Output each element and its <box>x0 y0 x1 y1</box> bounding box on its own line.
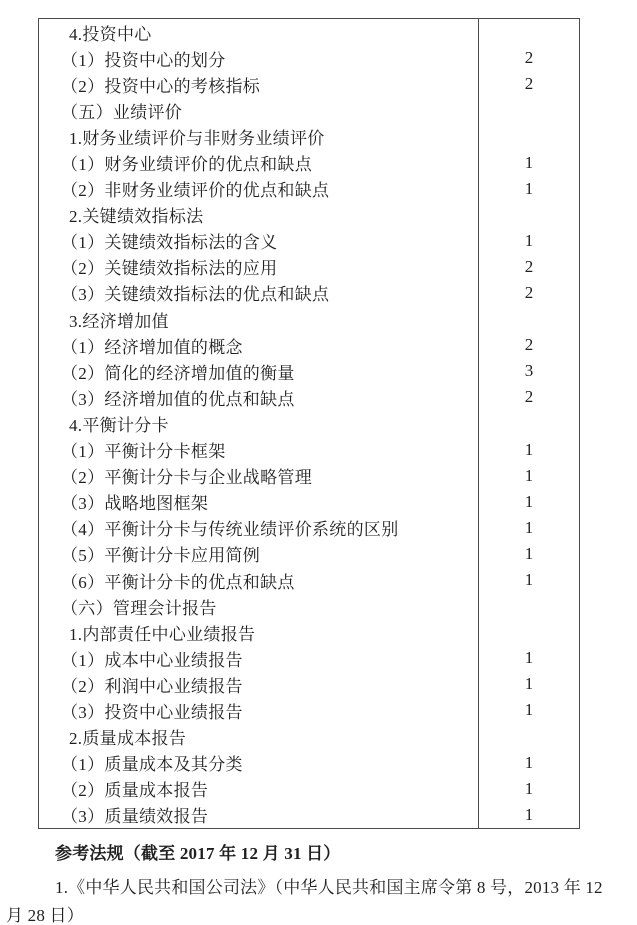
table-row: （2）非财务业绩评价的优点和缺点1 <box>39 176 579 202</box>
toc-item-page: 1 <box>479 700 579 720</box>
toc-item-page: 2 <box>479 387 579 407</box>
table-row: （3）战略地图框架1 <box>39 489 579 515</box>
toc-item-page: 1 <box>479 466 579 486</box>
table-row: （1）经济增加值的概念2 <box>39 332 579 358</box>
toc-item-title: （3）关键绩效指标法的优点和缺点 <box>39 280 479 306</box>
toc-item-title: （2）平衡计分卡与企业战略管理 <box>39 463 479 489</box>
toc-item-page: 1 <box>479 779 579 799</box>
toc-item-page: 1 <box>479 570 579 590</box>
table-row: （六）管理会计报告 <box>39 593 579 619</box>
reference-item: 1.《中华人民共和国公司法》（中华人民共和国主席令第 8 号，2013 年 12… <box>6 874 631 925</box>
table-row: （1）平衡计分卡框架1 <box>39 437 579 463</box>
toc-item-title: （1）投资中心的划分 <box>39 45 479 71</box>
table-row: （2）质量成本报告1 <box>39 776 579 802</box>
toc-item-title: （3）投资中心业绩报告 <box>39 697 479 723</box>
toc-item-page: 1 <box>479 753 579 773</box>
toc-item-title: （4）平衡计分卡与传统业绩评价系统的区别 <box>39 515 479 541</box>
toc-item-page: 1 <box>479 179 579 199</box>
toc-item-title: （6）平衡计分卡的优点和缺点 <box>39 567 479 593</box>
table-row: （2）利润中心业绩报告1 <box>39 671 579 697</box>
toc-item-page: 1 <box>479 674 579 694</box>
toc-item-page: 2 <box>479 257 579 277</box>
table-row: （2）简化的经济增加值的衡量3 <box>39 358 579 384</box>
toc-item-title: （3）质量绩效报告 <box>39 802 479 828</box>
reference-item-line2: 月 28 日） <box>6 902 631 925</box>
table-row: （1）关键绩效指标法的含义1 <box>39 228 579 254</box>
toc-item-title: （1）成本中心业绩报告 <box>39 645 479 671</box>
table-row: 4.投资中心 <box>39 19 579 45</box>
table-row: （2）关键绩效指标法的应用2 <box>39 254 579 280</box>
table-row: 1.财务业绩评价与非财务业绩评价 <box>39 123 579 149</box>
table-row: （3）质量绩效报告1 <box>39 802 579 828</box>
toc-item-title: （六）管理会计报告 <box>39 593 479 619</box>
toc-item-page: 2 <box>479 283 579 303</box>
toc-item-title: （5）平衡计分卡应用简例 <box>39 541 479 567</box>
toc-item-page: 1 <box>479 544 579 564</box>
toc-item-page: 1 <box>479 231 579 251</box>
toc-item-title: （3）战略地图框架 <box>39 489 479 515</box>
table-row: （3）经济增加值的优点和缺点2 <box>39 384 579 410</box>
toc-item-title: （2）简化的经济增加值的衡量 <box>39 358 479 384</box>
toc-item-page: 1 <box>479 153 579 173</box>
toc-item-page: 1 <box>479 518 579 538</box>
table-row: （2）投资中心的考核指标2 <box>39 71 579 97</box>
table-row: （3）关键绩效指标法的优点和缺点2 <box>39 280 579 306</box>
reference-section: 参考法规（截至 2017 年 12 月 31 日） 1.《中华人民共和国公司法》… <box>6 840 631 925</box>
toc-item-title: （五）业绩评价 <box>39 97 479 123</box>
toc-item-title: 2.关键绩效指标法 <box>39 202 479 228</box>
table-row: （五）业绩评价 <box>39 97 579 123</box>
table-row: （1）财务业绩评价的优点和缺点1 <box>39 149 579 175</box>
table-row: （1）质量成本及其分类1 <box>39 750 579 776</box>
toc-item-title: （2）质量成本报告 <box>39 776 479 802</box>
table-row: （3）投资中心业绩报告1 <box>39 697 579 723</box>
toc-item-title: （3）经济增加值的优点和缺点 <box>39 384 479 410</box>
table-row: 1.内部责任中心业绩报告 <box>39 619 579 645</box>
toc-item-page: 3 <box>479 361 579 381</box>
table-row: 2.关键绩效指标法 <box>39 202 579 228</box>
toc-item-page: 2 <box>479 335 579 355</box>
toc-item-title: 4.平衡计分卡 <box>39 410 479 436</box>
table-row: 3.经济增加值 <box>39 306 579 332</box>
toc-item-title: （2）利润中心业绩报告 <box>39 671 479 697</box>
toc-item-title: （2）投资中心的考核指标 <box>39 71 479 97</box>
toc-item-title: 1.财务业绩评价与非财务业绩评价 <box>39 123 479 149</box>
toc-item-title: 2.质量成本报告 <box>39 724 479 750</box>
toc-item-title: （1）质量成本及其分类 <box>39 750 479 776</box>
toc-item-page: 1 <box>479 440 579 460</box>
toc-item-page: 1 <box>479 805 579 825</box>
table-row: （6）平衡计分卡的优点和缺点1 <box>39 567 579 593</box>
table-row: （5）平衡计分卡应用简例1 <box>39 541 579 567</box>
toc-item-title: （1）平衡计分卡框架 <box>39 437 479 463</box>
toc-item-title: （2）关键绩效指标法的应用 <box>39 254 479 280</box>
toc-item-page: 2 <box>479 48 579 68</box>
table-row: （1）成本中心业绩报告1 <box>39 645 579 671</box>
toc-item-title: （1）财务业绩评价的优点和缺点 <box>39 149 479 175</box>
document-page: 4.投资中心（1）投资中心的划分2（2）投资中心的考核指标2（五）业绩评价1.财… <box>0 0 637 925</box>
table-row: （1）投资中心的划分2 <box>39 45 579 71</box>
toc-item-page: 1 <box>479 492 579 512</box>
reference-heading: 参考法规（截至 2017 年 12 月 31 日） <box>6 840 631 868</box>
toc-item-page: 1 <box>479 648 579 668</box>
toc-item-title: （1）经济增加值的概念 <box>39 332 479 358</box>
table-row: （4）平衡计分卡与传统业绩评价系统的区别1 <box>39 515 579 541</box>
toc-table: 4.投资中心（1）投资中心的划分2（2）投资中心的考核指标2（五）业绩评价1.财… <box>38 18 580 829</box>
table-row: 2.质量成本报告 <box>39 724 579 750</box>
toc-item-title: 1.内部责任中心业绩报告 <box>39 619 479 645</box>
reference-item-line1: 1.《中华人民共和国公司法》（中华人民共和国主席令第 8 号，2013 年 12 <box>6 874 631 902</box>
toc-item-title: （2）非财务业绩评价的优点和缺点 <box>39 176 479 202</box>
toc-item-title: 4.投资中心 <box>39 19 479 45</box>
table-row: 4.平衡计分卡 <box>39 410 579 436</box>
table-row: （2）平衡计分卡与企业战略管理1 <box>39 463 579 489</box>
toc-item-title: 3.经济增加值 <box>39 306 479 332</box>
toc-item-title: （1）关键绩效指标法的含义 <box>39 228 479 254</box>
toc-item-page: 2 <box>479 74 579 94</box>
